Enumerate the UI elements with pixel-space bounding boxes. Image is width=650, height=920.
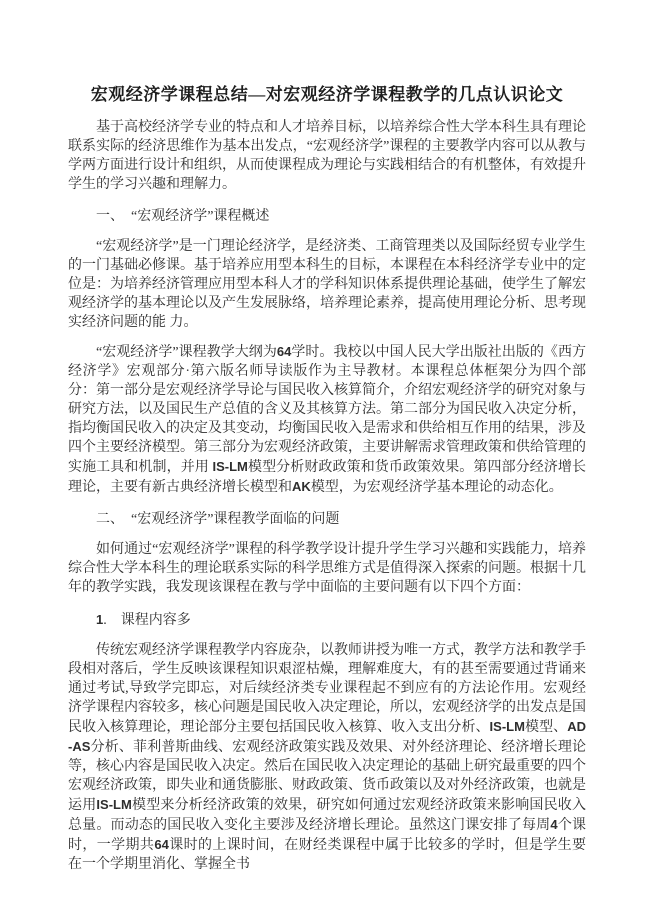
intro-paragraph: 基于高校经济学专业的特点和人才培养目标，以培养综合性大学本科生具有理论联系实际的… xyxy=(68,118,586,194)
document-title: 宏观经济学课程总结—对宏观经济学课程教学的几点认识论文 xyxy=(68,84,586,105)
document-page: 宏观经济学课程总结—对宏观经济学课程教学的几点认识论文 基于高校经济学专业的特点… xyxy=(0,0,650,920)
section-2-heading: 二、 “宏观经济学”课程教学面临的问题 xyxy=(68,510,586,529)
numbered-item-1: 1. 课程内容多 xyxy=(68,610,586,630)
section-1-heading: 一、 “宏观经济学”课程概述 xyxy=(68,207,586,226)
numbered-item-1-paragraph: 传统宏观经济学课程教学内容庞杂，以教师讲授为唯一方式，教学方法和教学手段相对落后… xyxy=(68,641,586,874)
section-2-paragraph-1: 如何通过“宏观经济学”课程的科学教学设计提升学生学习兴趣和实践能力，培养综合性大… xyxy=(68,540,586,597)
section-1-paragraph-1: “宏观经济学”是一门理论经济学，是经济类、工商管理类以及国际经贸专业学生的一门基… xyxy=(68,237,586,332)
section-1-paragraph-2: “宏观经济学”课程教学大纲为64学时。我校以中国人民大学出版社出版的《西方经济学… xyxy=(68,342,586,497)
